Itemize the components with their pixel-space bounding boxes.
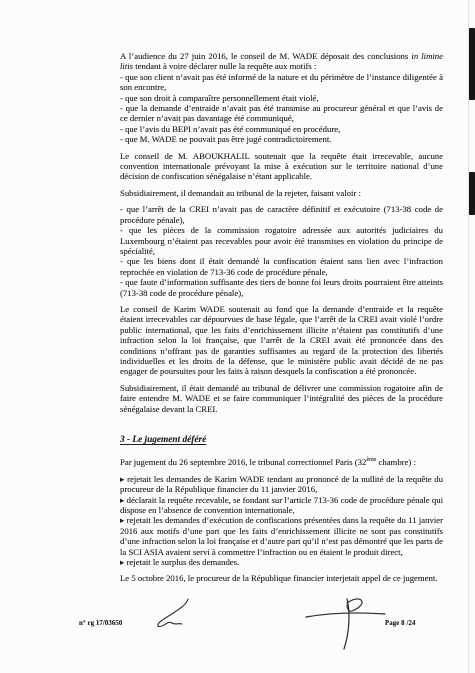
- paragraph-jugement-intro: Par jugement du 26 septembre 2016, le tr…: [120, 457, 443, 467]
- scan-edge-mark: [469, 172, 475, 215]
- document-body: A l’audience du 27 juin 2016, le conseil…: [120, 51, 443, 584]
- jugement-bullet: ▸ rejetait les demandes d’exécution de c…: [120, 515, 443, 557]
- scan-edge-mark: [469, 28, 475, 100]
- argument-item: - que les biens dont il était demandé la…: [120, 256, 443, 277]
- paragraph-subsidiairement-2: Subsidiairement, il était demandé au tri…: [120, 383, 443, 414]
- scanned-court-document-page: A l’audience du 27 juin 2016, le conseil…: [0, 0, 475, 673]
- paragraph-audience-pre: A l’audience du 27 juin 2016, le conseil…: [120, 51, 411, 61]
- jugement-bullet: ▸ rejetait le surplus des demandes.: [120, 557, 443, 567]
- jugement-bullet: ▸ déclarait la requête recevable, se fon…: [120, 495, 443, 516]
- paragraph-audience-intro: A l’audience du 27 juin 2016, le conseil…: [120, 51, 443, 72]
- paragraph-appel: Le 5 octobre 2016, le procureur de la Ré…: [120, 573, 443, 583]
- handwritten-signature-icon: [299, 593, 419, 653]
- argument-item: - que faute d’information suffisante des…: [120, 277, 443, 298]
- motif-item: - que son droit à comparaître personnell…: [120, 93, 443, 103]
- section-heading-jugement-defere: 3 - Le jugement déféré: [120, 435, 443, 445]
- case-reference-number: n° rg 17/03650: [79, 620, 122, 627]
- paragraph-subsidiairement-1: Subsidiairement, il demandait au tribuna…: [120, 188, 443, 198]
- paper-edge-line: [468, 0, 469, 673]
- handwritten-initial-icon: [152, 597, 194, 629]
- paragraph-audience-post: tendant à voire déclarer nulle la requêt…: [133, 61, 316, 71]
- jugement-intro-post: chambre) :: [376, 457, 416, 467]
- motif-item: - que son client n’avait pas été informé…: [120, 72, 443, 93]
- jugement-bullet: ▸ rejetait les demandes de Karim WADE te…: [120, 474, 443, 495]
- motif-item: - que la demande d’entraide n’avait pas …: [120, 103, 443, 124]
- paragraph-karim-wade: Le conseil de Karim WADE soutenait au fo…: [120, 304, 443, 377]
- argument-item: - que l’arrêt de la CREI n’avait pas de …: [120, 204, 443, 225]
- jugement-intro-pre: Par jugement du 26 septembre 2016, le tr…: [120, 457, 366, 467]
- motif-item: - que l’avis du BEPI n’avait pas été com…: [120, 124, 443, 134]
- argument-item: - que les pièces de la commission rogato…: [120, 225, 443, 256]
- paragraph-aboukhalil: Le conseil de M. ABOUKHALIL soutenait qu…: [120, 151, 443, 182]
- motif-item: - que M. WADE ne pouvait pas être jugé c…: [120, 134, 443, 144]
- ordinal-superscript: ème: [366, 458, 376, 464]
